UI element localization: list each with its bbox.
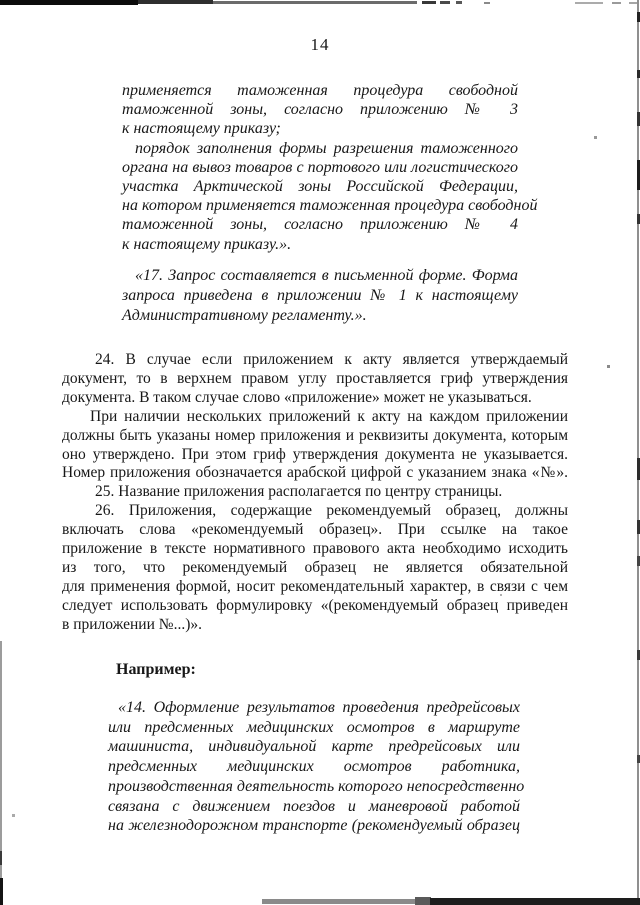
text-line: применяется таможенная процедура свободн… bbox=[122, 81, 518, 100]
scan-artifact-top-bar bbox=[138, 0, 213, 4]
text-line: 26. Приложения, содержащие рекомендуемый… bbox=[62, 502, 568, 521]
text-line: Номер приложения обозначается арабской ц… bbox=[62, 464, 568, 483]
scan-artifact-top-dash bbox=[440, 1, 450, 4]
text-line: приложение в тексте нормативного правово… bbox=[62, 540, 568, 559]
text-line: для применения формой, носит рекомендате… bbox=[62, 578, 568, 597]
text-line: на железнодорожном транспорте (рекоменду… bbox=[108, 816, 520, 836]
text-line: к настоящему приказу.». bbox=[122, 235, 518, 254]
text-line: 25. Название приложения располагается по… bbox=[62, 483, 568, 502]
text-line: таможенной зоны, согласно приложению № 3 bbox=[122, 100, 518, 119]
text-line: из того, что рекомендуемый образец не яв… bbox=[62, 559, 568, 578]
text-line: 24. В случае если приложением к акту явл… bbox=[62, 351, 568, 370]
text-line: документ, то в верхнем правом углу прост… bbox=[62, 370, 568, 389]
text-line: производственная деятельность которого н… bbox=[108, 777, 520, 797]
text-line: оно утверждено. При этом гриф утверждени… bbox=[62, 446, 568, 465]
text-line: связана с движением поездов и маневровой… bbox=[108, 797, 520, 817]
scanned-document-page: 14 применяется таможенная процедура своб… bbox=[0, 0, 640, 905]
body-text: 24. В случае если приложением к акту явл… bbox=[62, 351, 568, 635]
text-line: предсменных медицинских осмотров работни… bbox=[108, 757, 520, 777]
scan-artifact-speck bbox=[607, 365, 610, 368]
text-line: включать слова «рекомендуемый образец». … bbox=[62, 521, 568, 540]
text-line: Административному регламенту.». bbox=[122, 306, 518, 326]
page-number: 14 bbox=[0, 35, 640, 55]
text-line: «14. Оформление результатов проведения п… bbox=[108, 698, 520, 718]
text-line: «17. Запрос составляется в письменной фо… bbox=[122, 266, 518, 286]
text-line: или предсменных медицинских осмотров в м… bbox=[108, 718, 520, 738]
scan-artifact-top-bar bbox=[213, 1, 417, 4]
scan-artifact-top-dash bbox=[456, 1, 462, 4]
example-label: Например: bbox=[116, 661, 196, 679]
quote-block-medical-examinations: «14. Оформление результатов проведения п… bbox=[108, 698, 520, 836]
scan-artifact-speck bbox=[594, 136, 597, 139]
text-line: таможенной зоны, согласно приложению № 4 bbox=[122, 215, 518, 234]
scan-artifact-left-edge-mark bbox=[0, 851, 2, 865]
scan-artifact-left-edge-line bbox=[0, 641, 2, 905]
scan-artifact-top-dash bbox=[484, 2, 490, 4]
text-line: к настоящему приказу; bbox=[122, 119, 518, 138]
scan-artifact-speck bbox=[12, 814, 15, 817]
scan-artifact-right-edge-line bbox=[637, 0, 639, 905]
scan-artifact-top-bar bbox=[0, 0, 138, 5]
text-line: При наличии нескольких приложений к акту… bbox=[62, 408, 568, 427]
quote-block-request-form: «17. Запрос составляется в письменной фо… bbox=[122, 266, 518, 326]
scan-artifact-bottom-bar bbox=[415, 897, 431, 905]
scan-artifact-top-dash bbox=[629, 2, 637, 4]
text-line: запроса приведена в приложении № 1 к нас… bbox=[122, 286, 518, 306]
text-line: документа. В таком случае слово «приложе… bbox=[62, 389, 568, 408]
scan-artifact-top-dash bbox=[612, 2, 621, 4]
scan-artifact-top-dash bbox=[575, 2, 603, 4]
scan-artifact-bottom-bar bbox=[430, 898, 640, 905]
scan-artifact-top-dash bbox=[422, 1, 436, 4]
text-line: машиниста, индивидуальной карте предрейс… bbox=[108, 737, 520, 757]
scan-artifact-bottom-bar bbox=[262, 899, 432, 904]
text-line: следует использовать формулировку «(реко… bbox=[62, 597, 568, 616]
text-line: в приложении №...)». bbox=[62, 616, 568, 635]
text-line: на котором применяется таможенная процед… bbox=[122, 196, 518, 215]
quote-block-customs-procedure: применяется таможенная процедура свободн… bbox=[122, 81, 518, 254]
text-line: органа на вывоз товаров с портового или … bbox=[122, 158, 518, 177]
scan-artifact-left-edge-mark bbox=[0, 878, 3, 905]
text-line: порядок заполнения формы разрешения тамо… bbox=[122, 139, 518, 158]
text-line: должны быть указаны номер приложения и р… bbox=[62, 427, 568, 446]
text-line: участка Арктической зоны Российской Феде… bbox=[122, 177, 518, 196]
